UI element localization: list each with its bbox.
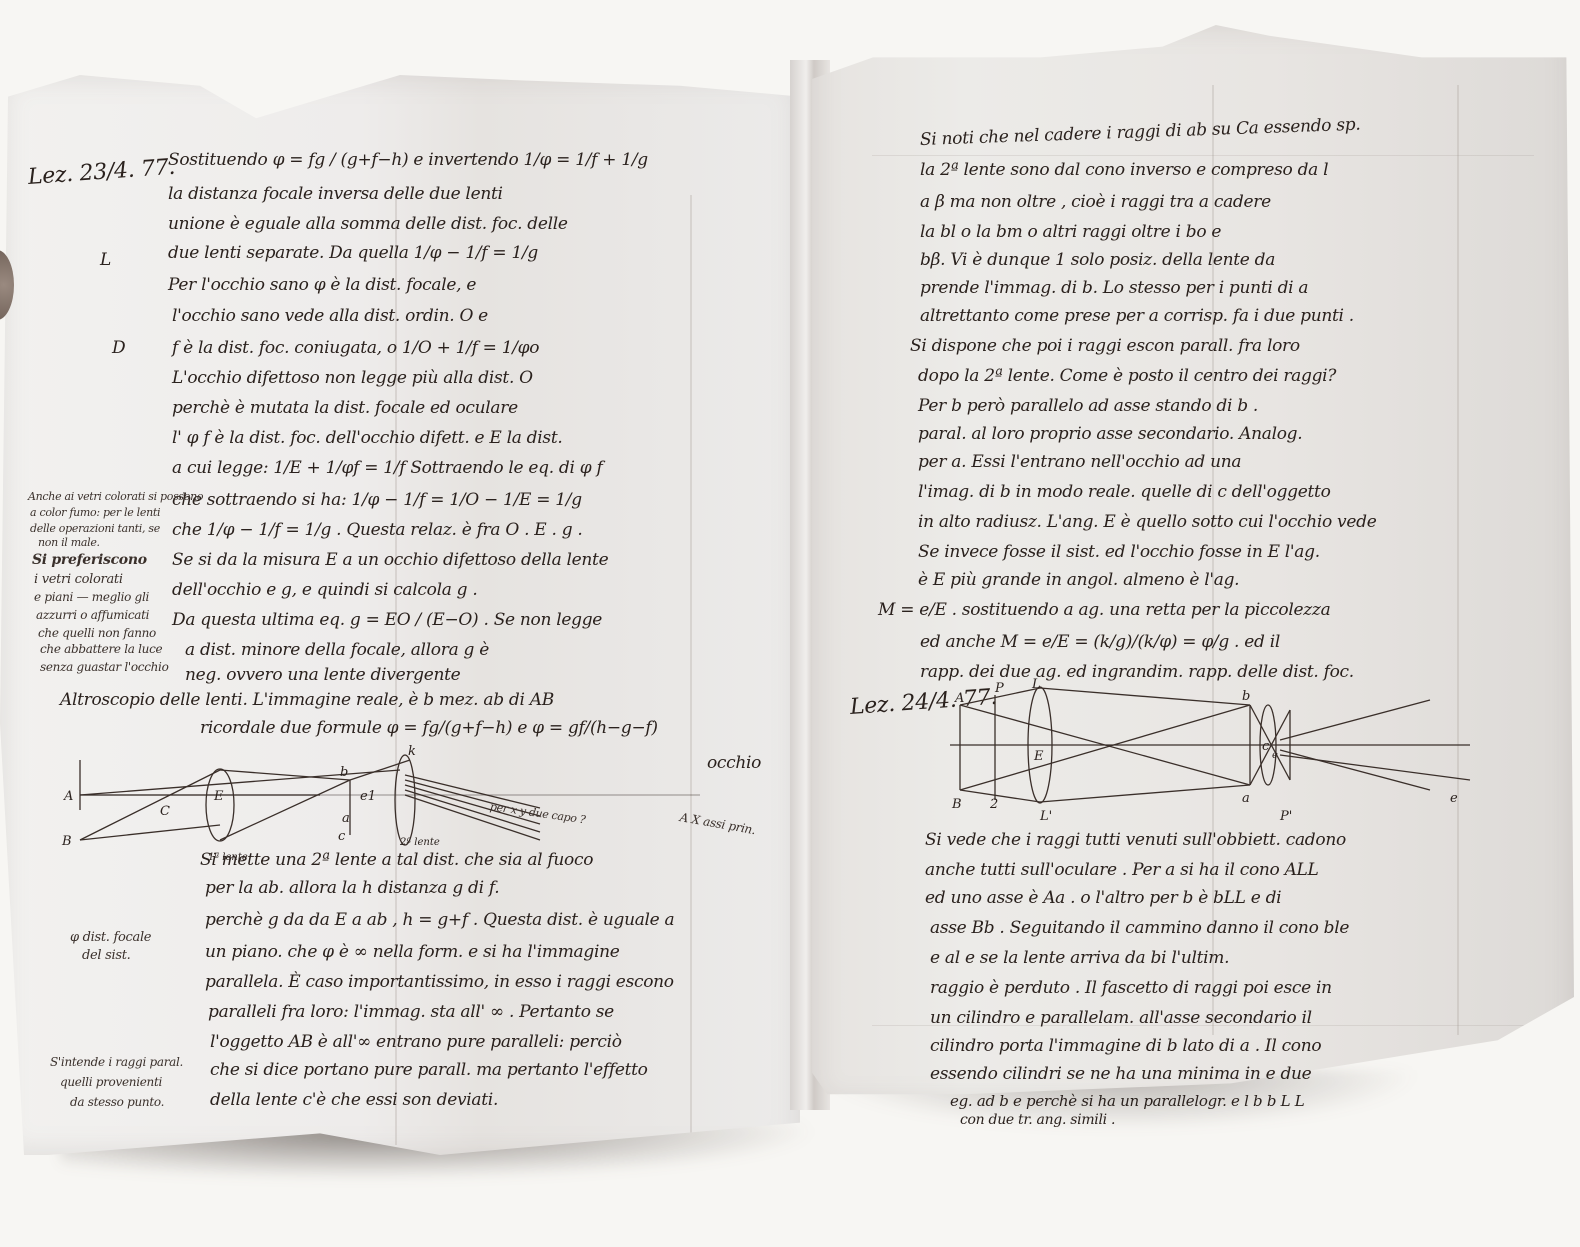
svg-text:P': P' bbox=[1279, 809, 1292, 824]
right-line: prende l'immag. di b. Lo stesso per i pu… bbox=[920, 278, 1308, 298]
left-line: Da questa ultima eq. g = EO / (E−O) . Se… bbox=[172, 610, 602, 630]
right-line: con due tr. ang. simili . bbox=[960, 1112, 1115, 1128]
right-line: Se invece fosse il sist. ed l'occhio fos… bbox=[918, 542, 1320, 562]
margin-note: D bbox=[112, 338, 125, 358]
ruled-line bbox=[872, 155, 1534, 156]
left-line: due lenti separate. Da quella 1/φ − 1/f … bbox=[168, 243, 538, 263]
svg-text:e: e bbox=[1450, 791, 1458, 806]
right-line: raggio è perduto . Il fascetto di raggi … bbox=[930, 978, 1332, 998]
right-line: in alto radiusz. L'ang. E è quello sotto… bbox=[918, 512, 1376, 532]
left-line: L'occhio difettoso non legge più alla di… bbox=[172, 368, 533, 388]
left-line: paralleli fra loro: l'immag. sta all' ∞ … bbox=[208, 1002, 614, 1022]
right-line: Per b però parallelo ad asse stando di b… bbox=[918, 396, 1258, 416]
margin-note-line: Anche ai vetri colorati si possono bbox=[28, 490, 203, 503]
margin-note-line: del sist. bbox=[82, 948, 130, 963]
svg-text:2ª lente: 2ª lente bbox=[399, 837, 440, 848]
right-line: a β ma non oltre , cioè i raggi tra a ca… bbox=[920, 192, 1271, 212]
margin-note-line: φ dist. focale bbox=[70, 930, 151, 945]
margin-note-line: i vetri colorati bbox=[34, 572, 123, 587]
svg-text:a: a bbox=[1242, 791, 1250, 806]
left-line: l'occhio sano vede alla dist. ordin. O e bbox=[172, 306, 488, 326]
right-line: ed anche M = e/E = (k/g)/(k/φ) = φ/g . e… bbox=[920, 632, 1280, 652]
left-line: la distanza focale inversa delle due len… bbox=[168, 184, 503, 204]
left-line: Si mette una 2ª lente a tal dist. che si… bbox=[200, 850, 593, 870]
left-ray-diagram: A B E C b a c e1 k 1ª lente 2ª lente bbox=[60, 700, 720, 870]
right-line: l'imag. di b in modo reale. quelle di c … bbox=[918, 482, 1331, 502]
left-line: perchè è mutata la dist. focale ed ocula… bbox=[172, 398, 518, 418]
margin-note-line: a color fumo: per le lenti bbox=[30, 506, 160, 519]
svg-text:E: E bbox=[1033, 749, 1044, 764]
left-line: della lente c'è che essi son deviati. bbox=[210, 1090, 498, 1110]
margin-note: L bbox=[100, 250, 111, 270]
svg-text:c: c bbox=[338, 829, 346, 844]
margin-note-line: senza guastar l'occhio bbox=[40, 660, 169, 674]
margin-note-line: non il male. bbox=[38, 536, 100, 549]
svg-text:A: A bbox=[63, 789, 73, 804]
svg-text:e: e bbox=[1272, 750, 1278, 761]
right-line: asse Bb . Seguitando il cammino danno il… bbox=[930, 918, 1349, 938]
right-line: e al e se la lente arriva da bi l'ultim. bbox=[930, 948, 1229, 968]
svg-text:L: L bbox=[1031, 677, 1041, 692]
left-line: unione è eguale alla somma delle dist. f… bbox=[168, 214, 568, 234]
right-page bbox=[812, 25, 1574, 1105]
left-line: Per l'occhio sano φ è la dist. focale, e bbox=[168, 275, 476, 295]
margin-note-line: azzurri o affumicati bbox=[36, 608, 149, 622]
right-line: per a. Essi l'entrano nell'occhio ad una bbox=[918, 452, 1241, 472]
svg-text:A: A bbox=[954, 691, 964, 706]
page-fold bbox=[1457, 85, 1459, 1035]
left-line: l'oggetto AB è all'∞ entrano pure parall… bbox=[210, 1032, 622, 1052]
margin-note-line: Si preferiscono bbox=[32, 552, 147, 568]
left-line: neg. ovvero una lente divergente bbox=[185, 665, 460, 685]
right-line: ed uno asse è Aa . o l'altro per b è bLL… bbox=[925, 888, 1281, 908]
svg-text:k: k bbox=[408, 744, 416, 759]
margin-note-line: che abbattere la luce bbox=[40, 642, 162, 656]
svg-text:b: b bbox=[1242, 689, 1250, 704]
left-line: per la ab. allora la h distanza g di f. bbox=[205, 878, 499, 898]
svg-text:a: a bbox=[342, 811, 350, 826]
right-line: eg. ad b e perchè si ha un parallelogr. … bbox=[950, 1092, 1304, 1110]
svg-text:c: c bbox=[1262, 739, 1270, 754]
right-line: bβ. Vi è dunque 1 solo posiz. della lent… bbox=[920, 250, 1275, 270]
right-line: è E più grande in angol. almeno è l'ag. bbox=[918, 570, 1239, 590]
svg-text:B: B bbox=[951, 797, 962, 812]
right-line: altrettanto come prese per a corrisp. fa… bbox=[920, 306, 1354, 326]
left-line: perchè g da da E a ab , h = g+f . Questa… bbox=[205, 910, 674, 930]
left-line: che si dice portano pure parall. ma pert… bbox=[210, 1060, 648, 1080]
margin-note-line: da stesso punto. bbox=[70, 1095, 164, 1109]
left-line: che 1/φ − 1/f = 1/g . Questa relaz. è fr… bbox=[172, 520, 583, 540]
right-line: Si vede che i raggi tutti venuti sull'ob… bbox=[925, 830, 1346, 850]
margin-note-line: e piani — meglio gli bbox=[34, 590, 149, 604]
svg-text:P: P bbox=[994, 681, 1004, 696]
svg-text:b: b bbox=[340, 765, 348, 780]
left-line: a cui legge: 1/E + 1/φf = 1/f Sottraendo… bbox=[172, 458, 602, 478]
svg-text:L': L' bbox=[1039, 809, 1052, 824]
right-line: rapp. dei due ag. ed ingrandim. rapp. de… bbox=[920, 662, 1354, 682]
margin-note-line: delle operazioni tanti, se bbox=[30, 522, 160, 535]
right-line: la bl o la bm o altri raggi oltre i bo e bbox=[920, 222, 1221, 242]
svg-text:e1: e1 bbox=[360, 789, 376, 804]
manuscript-photo: Lez. 23/4. 77. Sostituendo φ = fg / (g+f… bbox=[0, 0, 1580, 1247]
margin-note-line: quelli provenienti bbox=[60, 1075, 162, 1089]
left-line: a dist. minore della focale, allora g è bbox=[185, 640, 489, 660]
left-line: Sostituendo φ = fg / (g+f−h) e invertend… bbox=[168, 150, 648, 170]
svg-text:2: 2 bbox=[989, 797, 998, 812]
left-line: che sottraendo si ha: 1/φ − 1/f = 1/O − … bbox=[172, 490, 582, 510]
right-line: dopo la 2ª lente. Come è posto il centro… bbox=[918, 366, 1336, 386]
left-line: f è la dist. foc. coniugata, o 1/O + 1/f… bbox=[172, 338, 539, 358]
right-line: cilindro porta l'immagine di b lato di a… bbox=[930, 1036, 1321, 1056]
right-line: essendo cilindri se ne ha una minima in … bbox=[930, 1064, 1311, 1084]
left-line: Se si da la misura E a un occhio difetto… bbox=[172, 550, 608, 570]
left-line: un piano. che φ è ∞ nella form. e si ha … bbox=[205, 942, 620, 962]
right-line: Si dispone che poi i raggi escon parall.… bbox=[910, 336, 1300, 356]
right-ray-diagram: A P L E B 2 L' b a c e P' e bbox=[950, 680, 1510, 810]
right-line: la 2ª lente sono dal cono inverso e comp… bbox=[920, 160, 1328, 180]
margin-note-line: S'intende i raggi paral. bbox=[50, 1055, 183, 1069]
left-line: l' φ f è la dist. foc. dell'occhio difet… bbox=[172, 428, 562, 448]
svg-text:C: C bbox=[160, 804, 170, 819]
left-line: parallela. È caso importantissimo, in es… bbox=[205, 972, 674, 992]
svg-text:E: E bbox=[213, 789, 224, 804]
svg-text:B: B bbox=[61, 834, 72, 849]
occhio-label: occhio bbox=[707, 753, 761, 773]
left-line: dell'occhio e g, e quindi si calcola g . bbox=[172, 580, 477, 600]
page-fold bbox=[690, 195, 692, 1145]
right-line: anche tutti sull'oculare . Per a si ha i… bbox=[925, 860, 1319, 880]
right-line: M = e/E . sostituendo a ag. una retta pe… bbox=[878, 600, 1330, 620]
right-line: paral. al loro proprio asse secondario. … bbox=[918, 424, 1302, 444]
right-line: un cilindro e parallelam. all'asse secon… bbox=[930, 1008, 1312, 1028]
margin-note-line: che quelli non fanno bbox=[38, 626, 156, 640]
